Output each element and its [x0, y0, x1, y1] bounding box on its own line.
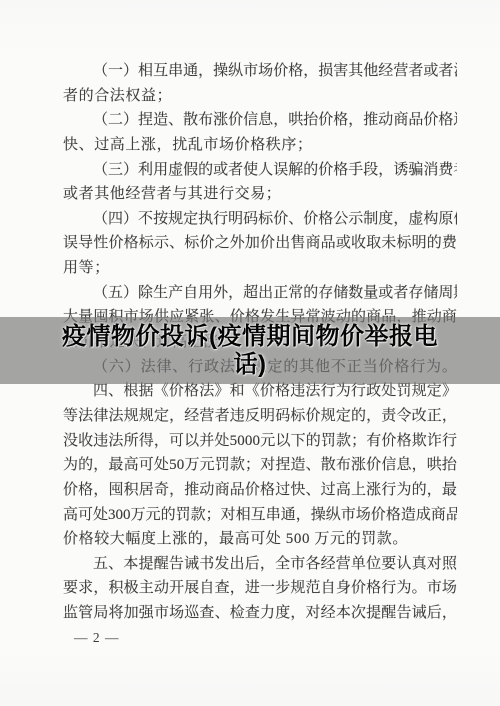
- text-line: 快、过高上涨，扰乱市场价格秩序；: [63, 133, 457, 158]
- text-line: 价格较大幅度上涨的，最高可处 500 万元的罚款。: [63, 527, 457, 552]
- text-line: 没收违法所得，可以并处 5000 元以下的罚款；有价格欺诈行: [63, 429, 457, 454]
- text-line: （一）相互串通，操纵市场价格，损害其他经营者或者消费: [63, 59, 457, 84]
- overlay-title-line-1: 疫情物价投诉(疫情期间物价举报电: [62, 323, 438, 351]
- text-line: 高可处 300 万元的罚款；对相互串通，操纵市场价格造成商品: [63, 503, 457, 528]
- text-line: （二）捏造、散布涨价信息，哄抬价格，推动商品价格过: [63, 108, 457, 133]
- text-line: 监管局将加强市场巡查、检查力度，对经本次提醒告诫后，: [63, 601, 457, 626]
- text-line: 价格，囤积居奇，推动商品价格过快、过高上涨行为的，最: [63, 478, 457, 503]
- text-line: 者的合法权益；: [63, 84, 457, 109]
- text-line: 等法律法规规定，经营者违反明码标价规定的，责令改正，: [63, 404, 457, 429]
- document-page: （一）相互串通，操纵市场价格，损害其他经营者或者消费者的合法权益；（二）捏造、散…: [0, 0, 500, 706]
- text-line: 为的，最高可处 50 万元罚款；对捏造、散布涨价信息，哄抬: [63, 453, 457, 478]
- text-line: 误导性价格标示、标价之外加价出售商品或收取未标明的费: [63, 231, 457, 256]
- text-line: （四）不按规定执行明码标价、价格公示制度，虚构原价、: [63, 207, 457, 232]
- text-line: 或者其他经营者与其进行交易；: [63, 182, 457, 207]
- text-line: （三）利用虚假的或者使人误解的价格手段，诱骗消费者: [63, 158, 457, 183]
- page-number: — 2 —: [74, 630, 120, 646]
- text-line: 要求，积极主动开展自查，进一步规范自身价格行为。市场: [63, 576, 457, 601]
- overlay-title-band: 疫情物价投诉(疫情期间物价举报电 话): [0, 317, 500, 384]
- text-line: 用等；: [63, 256, 457, 281]
- overlay-title-line-2: 话): [234, 351, 267, 379]
- text-line: 五、本提醒告诫书发出后，全市各经营单位要认真对照: [63, 552, 457, 577]
- text-line: （五）除生产自用外，超出正常的存储数量或者存储周期，: [63, 281, 457, 306]
